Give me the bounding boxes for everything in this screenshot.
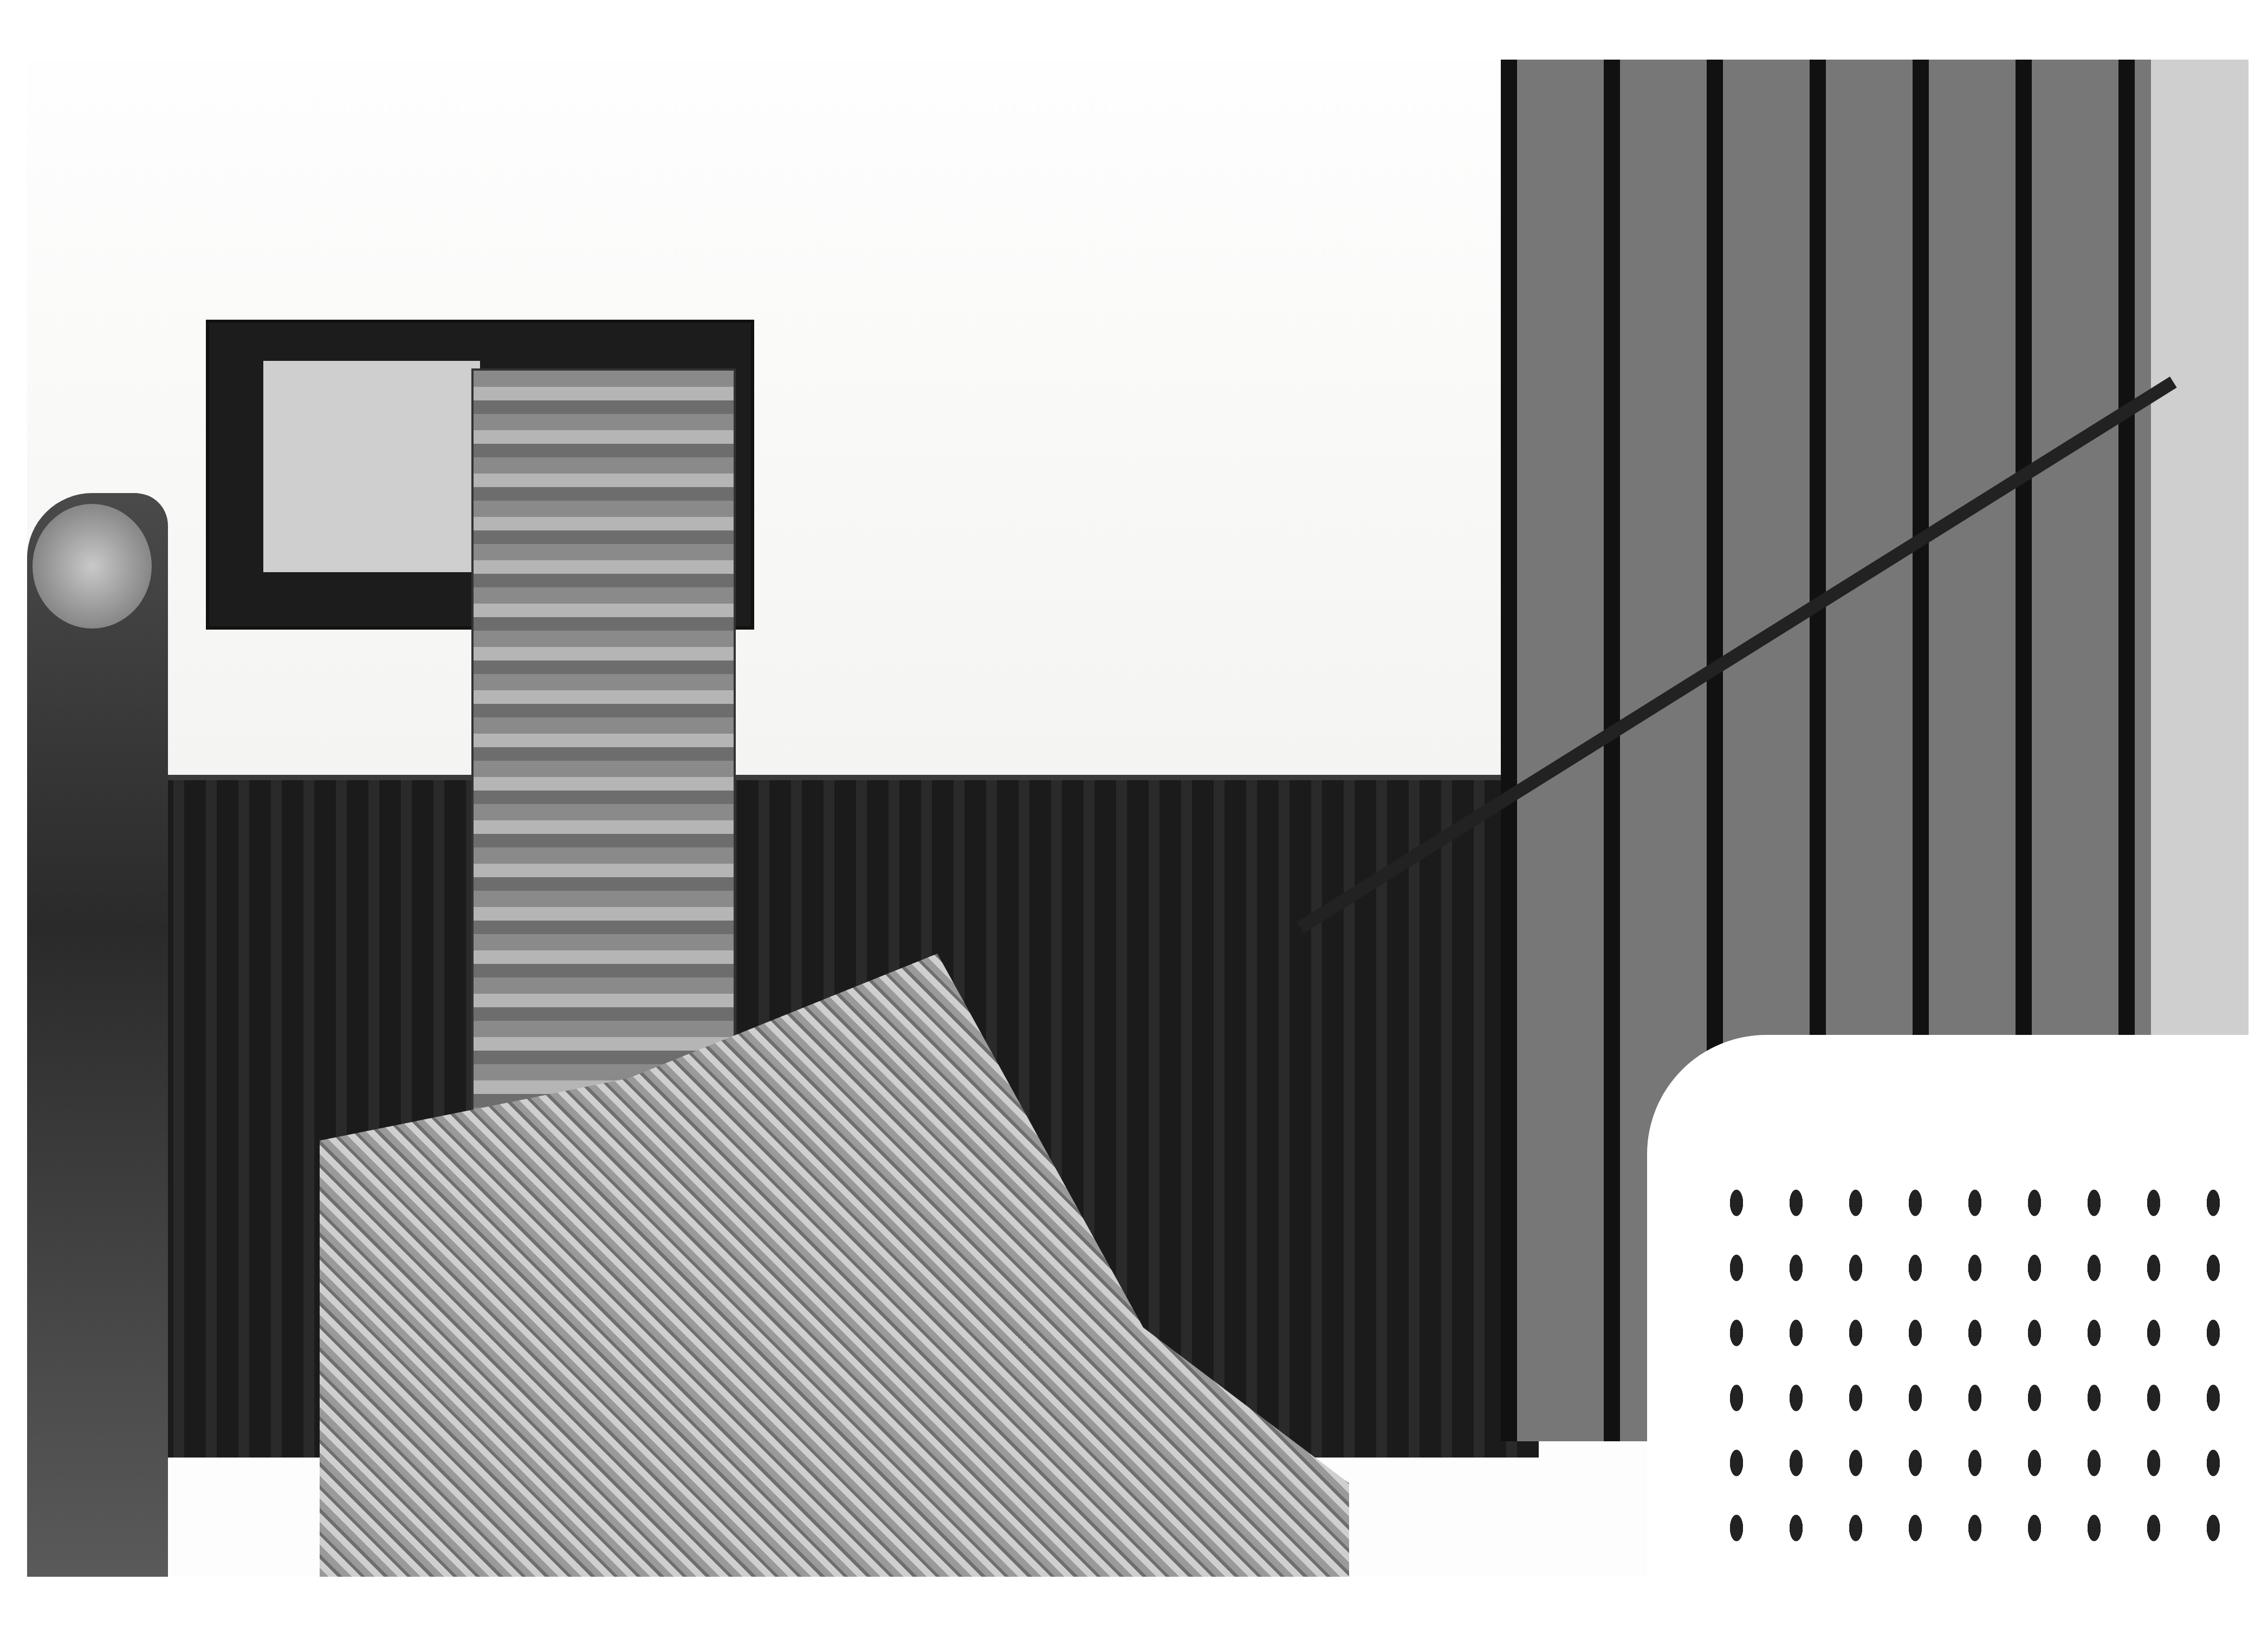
person xyxy=(27,493,168,1577)
notice-paper xyxy=(263,361,480,572)
person-head xyxy=(33,504,152,629)
netting xyxy=(1707,1170,2248,1550)
photograph xyxy=(27,60,2248,1577)
wall-column xyxy=(2151,60,2248,1143)
